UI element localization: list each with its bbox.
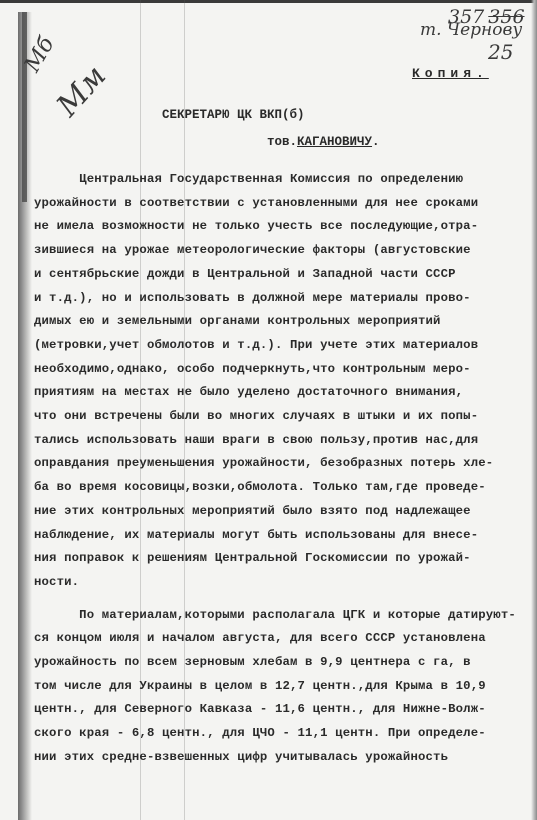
text-line: приятиям на местах не было уделено доста… (34, 381, 494, 405)
text-line: урожайность по всем зерновым хлебам в 9,… (34, 651, 494, 675)
scan-left-shadow-dark (22, 12, 27, 202)
document-page: 357356 т. Чернову 25 Мб Мм Копия. СЕКРЕТ… (0, 0, 537, 820)
text-line: зившиеся на урожае метеорологические фак… (34, 239, 494, 263)
scan-right-edge (531, 0, 537, 820)
addressee-suffix: . (372, 135, 380, 149)
paragraph-1: Центральная Государственная Комиссия по … (34, 168, 494, 595)
text-line: По материалам,которыми располагала ЦГК и… (34, 604, 494, 628)
paragraph-2: По материалам,которыми располагала ЦГК и… (34, 604, 494, 770)
text-line: нии этих средне-взвешенных цифр учитывал… (34, 746, 494, 770)
text-line: необходимо,однако, особо подчеркнуть,что… (34, 358, 494, 382)
text-line: тались использовать наши враги в свою по… (34, 429, 494, 453)
scan-top-edge (0, 0, 537, 3)
text-line: что они встречены были во многих случаях… (34, 405, 494, 429)
text-line: ба во время косовицы,возки,обмолота. Тол… (34, 476, 494, 500)
handwritten-margin-signature: Мм (50, 59, 113, 124)
addressee-name: тов.КАГАНОВИЧУ. (267, 135, 380, 149)
text-line: урожайности в соответствии с установленн… (34, 192, 494, 216)
text-line: димых ею и земельными органами контрольн… (34, 310, 494, 334)
text-line: наблюдение, их материалы могут быть испо… (34, 524, 494, 548)
text-line: том числе для Украины в целом в 12,7 цен… (34, 675, 494, 699)
paragraph-gap (34, 595, 494, 604)
handwritten-page-number: 25 (488, 40, 513, 64)
copy-mark: Копия. (412, 66, 489, 81)
text-line: ности. (34, 571, 494, 595)
addressee-prefix: тов. (267, 135, 297, 149)
text-line: ние этих контрольных мероприятий было вз… (34, 500, 494, 524)
handwritten-note: т. Чернову (420, 20, 522, 40)
text-line: оправдания преуменьшения урожайности, бе… (34, 452, 494, 476)
addressee-surname: КАГАНОВИЧУ (297, 135, 372, 149)
letter-body: Центральная Государственная Комиссия по … (34, 168, 494, 770)
text-line: и сентябрьские дожди в Центральной и Зап… (34, 263, 494, 287)
text-line: ского края - 6,8 центн., для ЦЧО - 11,1 … (34, 722, 494, 746)
addressee-title: СЕКРЕТАРЮ ЦК ВКП(б) (162, 108, 305, 122)
text-line: (метровки,учет обмолотов и т.д.). При уч… (34, 334, 494, 358)
text-line: и т.д.), но и использовать в должной мер… (34, 287, 494, 311)
text-line: ния поправок к решениям Центральной Госк… (34, 547, 494, 571)
text-line: ся концом июля и началом августа, для вс… (34, 627, 494, 651)
text-line: центн., для Северного Кавказа - 11,6 цен… (34, 698, 494, 722)
text-line: Центральная Государственная Комиссия по … (34, 168, 494, 192)
text-line: не имела возможности не только учесть вс… (34, 215, 494, 239)
